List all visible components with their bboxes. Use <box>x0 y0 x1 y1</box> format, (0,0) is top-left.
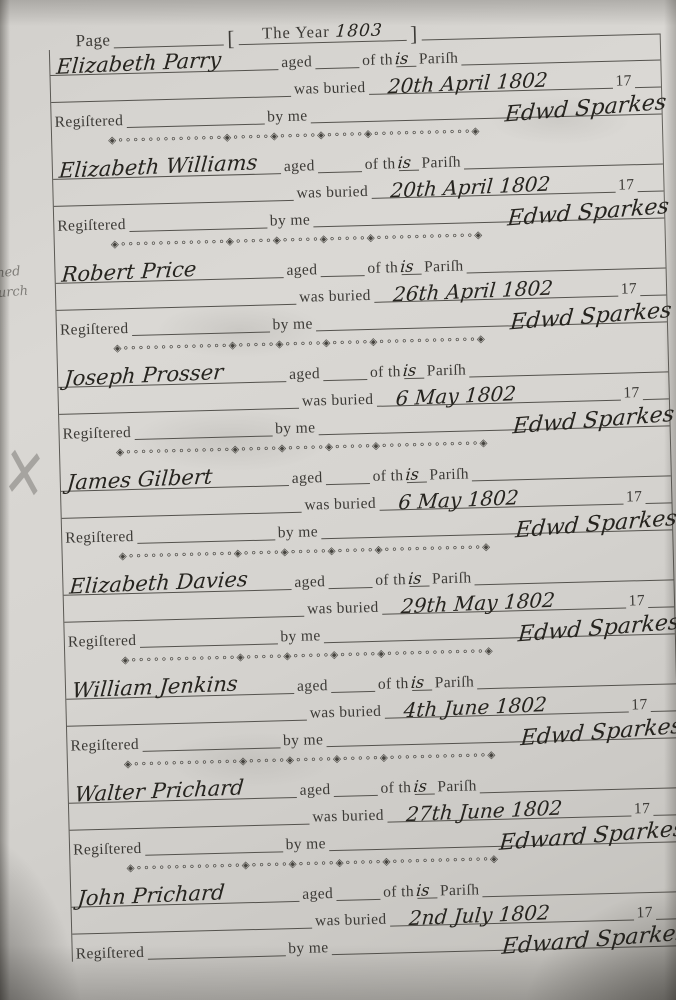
by-me-blank: Edward Sparkes <box>332 941 676 955</box>
aged-label: aged <box>291 574 328 590</box>
registered-label: Regiſtered <box>57 320 132 337</box>
year-tail-blank <box>653 810 676 816</box>
burial-date: 26th April 1802 <box>392 278 553 305</box>
seventeen-label: 17 <box>628 696 651 712</box>
registered-label: Regiſtered <box>65 632 140 649</box>
of-th-label: of th <box>359 52 396 68</box>
parish-label: Pariſh <box>426 466 472 483</box>
year-tail-blank <box>640 290 666 296</box>
is-blank: is <box>409 582 429 588</box>
parish-label: Pariſh <box>418 154 464 171</box>
burial-date: 20th April 1802 <box>387 70 548 97</box>
of-th-label: of th <box>372 572 409 588</box>
was-buried-label: was buried <box>309 807 387 824</box>
entries-list: Elizabeth Parry aged of th is Pariſh was… <box>49 35 676 962</box>
aged-label: aged <box>281 158 318 174</box>
by-me-label: by me <box>277 628 324 645</box>
registered-label: Regiſtered <box>59 424 134 441</box>
registered-label: Regiſtered <box>67 736 142 753</box>
is-blank: is <box>404 374 424 380</box>
is-script: is <box>410 674 425 691</box>
of-th-label: of th <box>364 260 401 276</box>
parish-label: Pariſh <box>421 258 467 275</box>
is-script: is <box>399 259 414 276</box>
is-script: is <box>415 882 430 899</box>
burial-entry: William Jenkins aged of th is Pariſh was… <box>66 658 676 777</box>
by-me-label: by me <box>272 420 319 437</box>
burial-date: 2nd July 1802 <box>408 902 550 928</box>
parish-label: Pariſh <box>424 362 470 379</box>
registered-label: Regiſtered <box>73 944 148 961</box>
by-me-label: by me <box>264 108 311 125</box>
parish-label: Pariſh <box>429 570 475 587</box>
of-th-label: of th <box>369 468 406 484</box>
of-th-label: of th <box>367 364 404 380</box>
burial-entry: Elizabeth Davies aged of th is Pariſh wa… <box>63 554 675 673</box>
is-script: is <box>402 363 417 380</box>
was-buried-label: was buried <box>304 599 382 616</box>
burial-entry: John Prichard aged of th is Pariſh was b… <box>71 866 676 961</box>
by-me-label: by me <box>269 316 316 333</box>
is-blank: is <box>407 478 427 484</box>
is-blank: is <box>417 893 437 899</box>
of-th-label: of th <box>380 883 417 899</box>
deceased-name: Robert Price <box>61 259 197 286</box>
is-blank: is <box>412 686 432 692</box>
was-buried-label: was buried <box>307 703 385 720</box>
burial-entry: Elizabeth Parry aged of th is Pariſh was… <box>50 35 662 154</box>
of-th-label: of th <box>375 676 412 692</box>
burial-entry: Walter Prichard aged of th is Pariſh was… <box>68 762 676 881</box>
registrar-signature: Edward Sparkes <box>501 922 676 958</box>
is-blank: is <box>399 166 419 172</box>
parish-label: Pariſh <box>416 50 462 67</box>
seventeen-label: 17 <box>615 177 638 193</box>
burial-date: 4th June 1802 <box>403 694 548 720</box>
year-tail-blank <box>643 394 669 400</box>
was-buried-label: was buried <box>291 79 369 96</box>
aged-label: aged <box>294 678 331 694</box>
seventeen-label: 17 <box>618 281 641 297</box>
burial-entry: James Gilbert aged of th is Pariſh was b… <box>60 450 672 569</box>
was-buried-label: was buried <box>296 287 374 304</box>
burial-entry: Robert Price aged of th is Pariſh was bu… <box>55 242 667 361</box>
margin-note-line2: urch <box>0 279 49 303</box>
is-blank: is <box>401 270 421 276</box>
registered-label: Regiſtered <box>62 528 137 545</box>
aged-label: aged <box>286 366 323 382</box>
year-value-script: 1803 <box>335 23 384 41</box>
year-tail-blank <box>645 498 671 504</box>
burial-date: 20th April 1802 <box>389 174 550 201</box>
aged-label: aged <box>296 782 333 798</box>
burial-date: 29th May 1802 <box>400 590 555 617</box>
burial-entry: Joseph Prosser aged of th is Pariſh was … <box>58 346 670 465</box>
register-page-scan: Page [ The Year 1803 ] Elizabeth Parry a… <box>0 0 676 1000</box>
is-script: is <box>394 51 409 68</box>
by-me-label: by me <box>267 212 314 229</box>
year-tail-blank <box>656 914 676 920</box>
seventeen-label: 17 <box>631 800 654 816</box>
aged-label: aged <box>278 54 315 70</box>
year-prefix-label: The Year <box>262 22 330 43</box>
is-script: is <box>405 467 420 484</box>
is-script: is <box>413 778 428 795</box>
parish-label: Pariſh <box>437 882 483 899</box>
year-tail-blank <box>635 83 661 89</box>
registered-label: Regiſtered <box>54 217 129 234</box>
seventeen-label: 17 <box>612 73 635 89</box>
aged-label: aged <box>299 885 336 901</box>
parish-label: Pariſh <box>432 674 478 691</box>
burial-entry: Elizabeth Williams aged of th is Pariſh … <box>52 138 664 257</box>
aged-label: aged <box>289 470 326 486</box>
by-me-label: by me <box>285 940 332 957</box>
margin-note: ned urch <box>0 260 49 303</box>
of-th-label: of th <box>377 779 414 795</box>
registered-label: Regiſtered <box>70 840 145 857</box>
by-me-label: by me <box>280 732 327 749</box>
parish-label: Pariſh <box>434 778 480 795</box>
is-script: is <box>407 570 422 587</box>
seventeen-label: 17 <box>633 904 656 920</box>
by-me-label: by me <box>275 524 322 541</box>
is-blank: is <box>414 789 434 795</box>
seventeen-label: 17 <box>625 593 648 609</box>
year-text: The Year 1803 <box>262 21 382 44</box>
seventeen-label: 17 <box>620 385 643 401</box>
of-th-label: of th <box>362 156 399 172</box>
was-buried-label: was buried <box>293 183 371 200</box>
was-buried-label: was buried <box>301 495 379 512</box>
aged-label: aged <box>283 262 320 278</box>
year-tail-blank <box>638 186 664 192</box>
burial-date: 6 May 1802 <box>395 383 517 408</box>
seventeen-label: 17 <box>623 489 646 505</box>
by-me-label: by me <box>282 836 329 853</box>
was-buried-label: was buried <box>312 911 390 928</box>
burial-date: 27th June 1802 <box>405 798 562 825</box>
burial-date: 6 May 1802 <box>397 487 519 512</box>
is-script: is <box>397 155 412 172</box>
was-buried-label: was buried <box>299 391 377 408</box>
registered-blank <box>147 951 285 959</box>
margin-cross-mark: ✕ <box>1 429 48 520</box>
year-tail-blank <box>648 602 674 608</box>
page-label: Page <box>72 31 113 49</box>
is-blank: is <box>396 62 416 68</box>
burial-register-form: Page [ The Year 1803 ] Elizabeth Parry a… <box>48 1 676 962</box>
year-tail-blank <box>651 706 676 712</box>
registered-label: Regiſtered <box>51 113 126 130</box>
